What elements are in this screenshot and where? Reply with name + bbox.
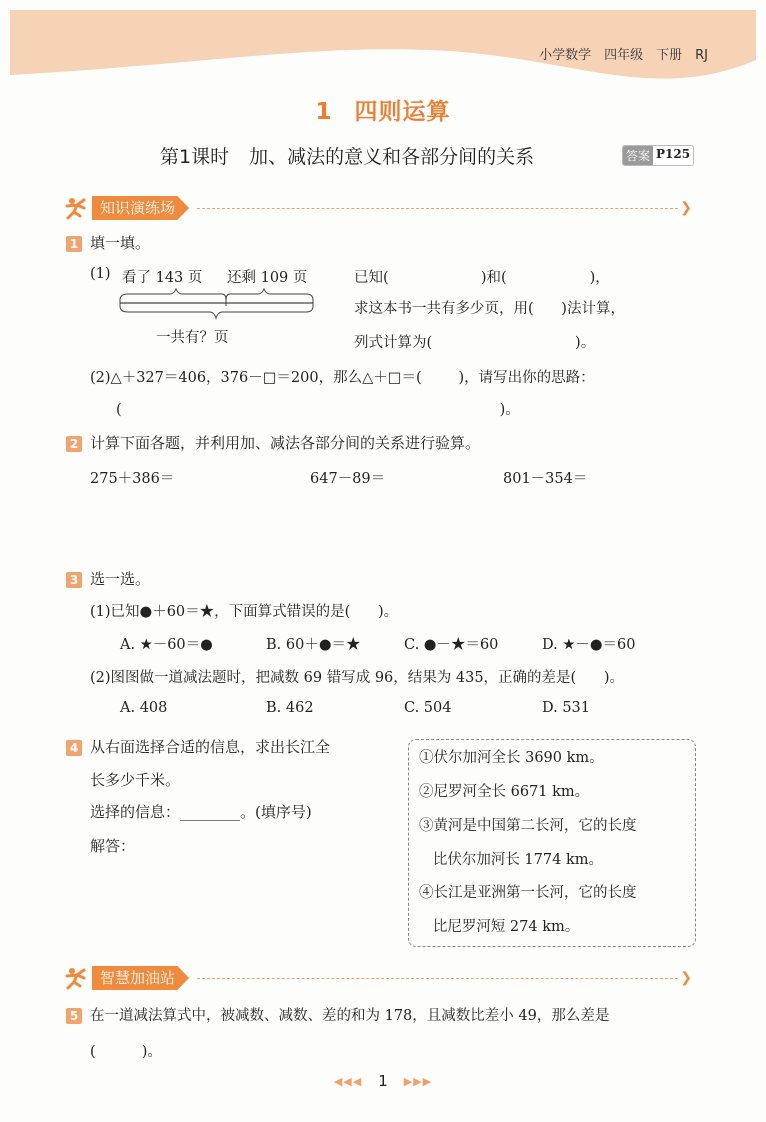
diagram-total-label: 一共有？页 bbox=[156, 326, 229, 347]
question-4-line1: 4从右面选择合适的信息，求出长江全 bbox=[66, 736, 330, 757]
q2-item-3: 801－354＝ bbox=[503, 467, 587, 488]
question-number: 4 bbox=[66, 740, 82, 756]
prev-arrows-icon: ◀◀◀ bbox=[334, 1075, 362, 1088]
arrow-right-icon: ❯ bbox=[680, 970, 692, 986]
segment-diagram bbox=[118, 288, 318, 328]
next-arrows-icon: ▶▶▶ bbox=[404, 1075, 432, 1088]
info-item-3-cont: 比伏尔加河长 1774 km。 bbox=[419, 848, 603, 869]
question-text: 填一填。 bbox=[90, 234, 150, 252]
runner-icon bbox=[64, 196, 92, 220]
section-banner-practice: 知识演练场 ❯ bbox=[64, 196, 692, 220]
q2-item-1: 275＋386＝ bbox=[90, 467, 174, 488]
q3-part1-option-d: D. ★－●＝60 bbox=[542, 633, 635, 654]
book-series: 小学数学 四年级 下册 RJ bbox=[539, 44, 708, 63]
q1-part1-label: (1) bbox=[90, 266, 111, 282]
chapter-title: 1四则运算 bbox=[0, 93, 766, 126]
question-5-line1: 5在一道减法算式中，被减数、减数、差的和为 178，且减数比差小 49，那么差是 bbox=[66, 1004, 609, 1025]
diagram-left-label: 还剩 109 页 bbox=[227, 266, 307, 287]
q1-part1-line2: 求这本书一共有多少页，用( )法计算， bbox=[354, 297, 625, 318]
arrow-right-icon: ❯ bbox=[680, 200, 692, 216]
info-item-2: ②尼罗河全长 6671 km。 bbox=[419, 780, 589, 801]
question-number: 3 bbox=[66, 572, 82, 588]
question-number: 5 bbox=[66, 1008, 82, 1024]
q1-part1-line3: 列式计算为( )。 bbox=[354, 331, 595, 352]
section-title: 智慧加油站 bbox=[92, 966, 189, 990]
info-item-3: ③黄河是中国第二长河，它的长度 bbox=[419, 814, 637, 835]
answer-tag: 答案 bbox=[623, 146, 653, 165]
diagram-read-label: 看了 143 页 bbox=[122, 266, 202, 287]
question-4-answer-choice: 选择的信息：________。(填序号) bbox=[90, 801, 312, 822]
question-text: 选一选。 bbox=[90, 570, 150, 588]
question-2-title: 2计算下面各题，并利用加、减法各部分间的关系进行验算。 bbox=[66, 432, 480, 453]
q1-part2-line1: (2)△＋327＝406，376－□＝200，那么△＋□＝( )，请写出你的思路… bbox=[90, 366, 595, 387]
q3-part1: (1)已知●＋60＝★，下面算式错误的是( )。 bbox=[90, 600, 398, 621]
q3-part2-option-a: A. 408 bbox=[120, 700, 167, 716]
chapter-name: 四则运算 bbox=[355, 99, 451, 125]
question-1-title: 1填一填。 bbox=[66, 232, 150, 253]
q3-part2-option-b: B. 462 bbox=[266, 700, 314, 716]
q3-part2-option-c: C. 504 bbox=[404, 700, 451, 716]
section-title: 知识演练场 bbox=[92, 196, 189, 220]
q3-part1-option-c: C. ●－★＝60 bbox=[404, 633, 498, 654]
q3-part1-option-b: B. 60＋●＝★ bbox=[266, 633, 360, 654]
question-4-line2: 长多少千米。 bbox=[90, 769, 180, 790]
question-text: 从右面选择合适的信息，求出长江全 bbox=[90, 738, 330, 756]
answer-page: P125 bbox=[653, 146, 693, 165]
q3-part2-option-d: D. 531 bbox=[542, 700, 590, 716]
page-footer: ◀◀◀ 1 ▶▶▶ bbox=[0, 1072, 766, 1090]
question-3-title: 3选一选。 bbox=[66, 568, 150, 589]
info-item-4: ④长江是亚洲第一长河，它的长度 bbox=[419, 881, 637, 902]
info-item-4-cont: 比尼罗河短 274 km。 bbox=[419, 915, 579, 936]
dashed-divider bbox=[197, 978, 678, 979]
q3-part2: (2)图图做一道减法题时，把减数 69 错写成 96，结果为 435，正确的差是… bbox=[90, 666, 624, 687]
question-5-line2: ( )。 bbox=[90, 1040, 162, 1061]
q2-item-2: 647－89＝ bbox=[310, 467, 385, 488]
q1-part1-line1: 已知( )和( )， bbox=[354, 266, 610, 287]
lesson-title: 第1课时加、减法的意义和各部分间的关系 bbox=[160, 142, 534, 169]
answer-reference[interactable]: 答案 P125 bbox=[622, 145, 694, 166]
question-number: 2 bbox=[66, 436, 82, 452]
question-text: 在一道减法算式中，被减数、减数、差的和为 178，且减数比差小 49，那么差是 bbox=[90, 1008, 609, 1024]
lesson-label: 第1课时 bbox=[160, 146, 229, 168]
page-number: 1 bbox=[378, 1072, 388, 1090]
question-number: 1 bbox=[66, 236, 82, 252]
info-box: ①伏尔加河全长 3690 km。 ②尼罗河全长 6671 km。 ③黄河是中国第… bbox=[408, 739, 696, 947]
question-4-solution-label: 解答： bbox=[90, 835, 135, 856]
chapter-number: 1 bbox=[315, 99, 332, 125]
info-item-1: ①伏尔加河全长 3690 km。 bbox=[419, 746, 604, 767]
q1-part2-line2: ( )。 bbox=[116, 398, 520, 419]
runner-icon bbox=[64, 966, 92, 990]
dashed-divider bbox=[197, 208, 678, 209]
lesson-name: 加、减法的意义和各部分间的关系 bbox=[249, 146, 534, 168]
question-text: 计算下面各题，并利用加、减法各部分间的关系进行验算。 bbox=[90, 434, 480, 452]
section-banner-challenge: 智慧加油站 ❯ bbox=[64, 966, 692, 990]
q3-part1-option-a: A. ★－60＝● bbox=[120, 633, 213, 654]
